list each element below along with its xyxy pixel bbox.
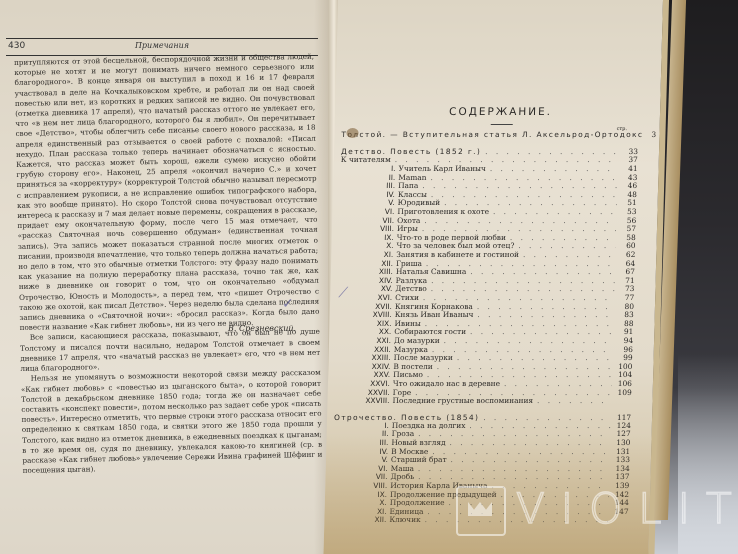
page-number: 3 (651, 130, 656, 139)
toc-entry-title: Продолжение (390, 498, 445, 507)
leader-dots: . . . . . . . . . . . . . . . . . . . . … (395, 155, 618, 164)
chapter-number: XII. (328, 515, 386, 524)
chapter-number: VI. (330, 464, 388, 473)
toc-entry-title: Новый взгляд (391, 438, 445, 447)
watermark-text: VIOLITY (516, 486, 738, 532)
toc-row: IV.В Москве. . . . . . . . . . . . . . .… (330, 447, 630, 456)
leader-dots: . . . . . . . . . . . . . . . . . . . . … (418, 472, 610, 481)
chapter-number: XXVIII. (331, 396, 389, 405)
toc-row: Толстой. — Вступительная статья Л. Аксел… (338, 130, 638, 139)
crown-logo-icon (456, 486, 506, 536)
chapter-number: X. (329, 498, 387, 507)
page-number: 127 (615, 429, 631, 438)
paragraph: притупляются от этой бесцельной, беспоря… (14, 52, 320, 334)
notes-text: притупляются от этой бесцельной, беспоря… (14, 52, 323, 477)
toc-row: II.Гроза. . . . . . . . . . . . . . . . … (331, 429, 631, 438)
toc-entry-title: Гроза (392, 429, 415, 438)
page-number: 134 (614, 464, 630, 473)
leader-dots: . . . . . . . . . . . . . . . . . . . . … (432, 447, 610, 456)
paragraph: Все записи, касающиеся рассказа, показыв… (20, 327, 321, 374)
toc-entry-title: Единица (389, 507, 423, 516)
toc-title: СОДЕРЖАНИЕ. (449, 106, 552, 118)
chapter-number: II. (331, 429, 389, 438)
toc-row: III.Новый взгляд. . . . . . . . . . . . … (330, 438, 630, 447)
leader-dots: . . . . . . . . . . . . . . . . . . . . … (418, 429, 611, 438)
running-head-title: Примечания (6, 41, 318, 50)
leader-dots: . . . . . . . . . . . . . . . . . . . . … (537, 396, 612, 405)
leader-dots: . . . . . . . . . . . . . . . . . . . . … (418, 464, 610, 473)
toc-entry-title: К читателям (341, 155, 391, 164)
chapter-number: IX. (329, 490, 387, 499)
divider (491, 124, 513, 125)
chapter-number: V. (330, 455, 388, 464)
paragraph: Нельзя не упомянуть о возможности некото… (21, 368, 323, 476)
chapter-number: III. (330, 438, 388, 447)
toc-entry-title: Маша (391, 464, 415, 473)
toc-row: К читателям. . . . . . . . . . . . . . .… (338, 155, 638, 164)
toc-row: VII.Дробь. . . . . . . . . . . . . . . .… (329, 472, 629, 481)
page-number: 137 (613, 472, 629, 481)
toc-row: V.Старший брат. . . . . . . . . . . . . … (330, 455, 630, 464)
toc-entry-title: Ключик (389, 515, 421, 524)
chapter-number: IV. (330, 447, 388, 456)
toc-entry-title: Дробь (390, 472, 414, 481)
pen-mark: ⟋ (338, 285, 348, 301)
chapter-number: VIII. (329, 481, 387, 490)
leader-dots: . . . . . . . . . . . . . . . . . . . . … (449, 438, 610, 447)
page-number: 37 (622, 155, 638, 164)
toc-entry-title: Толстой. — Вступительная статья Л. Аксел… (341, 130, 643, 139)
toc-row: XXVIII.Последние грустные воспоминания. … (331, 396, 631, 405)
toc-entry-title: В Москве (391, 447, 428, 456)
chapter-number: VII. (329, 472, 387, 481)
page-number: 130 (614, 438, 630, 447)
page-number: 131 (614, 447, 630, 456)
right-page: СОДЕРЖАНИЕ. стр. Толстой. — Вступительна… (323, 0, 669, 554)
toc-row: VI.Маша. . . . . . . . . . . . . . . . .… (330, 464, 630, 473)
watermark: VIOLITY (456, 486, 736, 534)
signature: В. Срезневский. (228, 324, 296, 333)
toc-entry-title: Старший брат (391, 455, 447, 464)
pen-mark: ✓ (282, 296, 294, 312)
toc-entry-title: Последние грустные воспоминания (392, 396, 533, 405)
leader-dots: . . . . . . . . . . . . . . . . . . . . … (450, 455, 610, 464)
chapter-number: XI. (328, 507, 386, 516)
left-page: 430 Примечания притупляются от этой бесц… (0, 0, 332, 554)
page-number: 133 (614, 455, 630, 464)
